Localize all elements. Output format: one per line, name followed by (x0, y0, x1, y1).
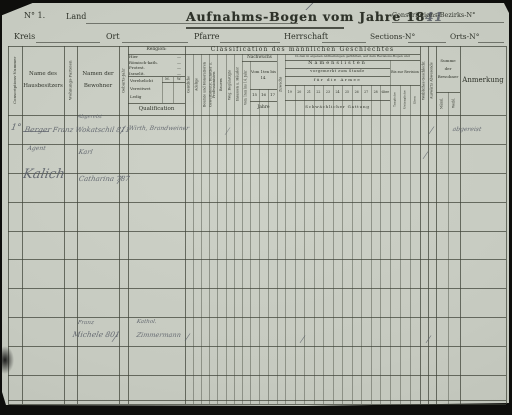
grid-line (448, 92, 449, 404)
grid-line (277, 54, 278, 404)
dienst-side-ehen: Ehen (410, 85, 420, 115)
hw-note-row1: Abgereist (77, 115, 102, 120)
grid-line (242, 54, 243, 404)
hw-resident-row3: Catharina 787 (78, 176, 130, 183)
herrschaft-label: Herrschaft (284, 33, 328, 42)
grid-line (8, 288, 506, 289)
dienst-bottom: Schwächlicher Gattung (285, 100, 390, 115)
grid-line (8, 259, 506, 260)
grid-line (209, 54, 210, 404)
class-col-bauern: Bauern (217, 54, 226, 115)
grid-line (285, 100, 390, 101)
dienst-side-untaugliche: Untaugliche (400, 85, 410, 115)
sections-label: Sections-N° (370, 33, 415, 41)
year-cell: 24 (333, 85, 343, 100)
col-besitzer: Name des Hausbesitzers (22, 46, 64, 115)
grid-line (250, 89, 277, 90)
nachwuchs-side: Vom 1ten bis 14. Jahr (242, 61, 250, 115)
grid-line (128, 54, 420, 55)
grid-line (285, 85, 420, 86)
grid-line (8, 375, 506, 376)
grid-line (390, 60, 391, 404)
tally-mark: ∕ (423, 152, 428, 161)
grid-line (410, 85, 411, 404)
stand-row: Ledig (130, 94, 162, 102)
dienst-line3: vorgemerkt zum Stande (285, 68, 390, 76)
dienst-line2: Namenslisten (285, 60, 390, 68)
religion-title: Religion: (128, 47, 185, 54)
grid-line (400, 85, 401, 404)
col-bewohner: Namen der Bewohner (77, 46, 119, 115)
ort-rule (122, 42, 188, 43)
grid-line (185, 46, 186, 404)
dienst-side-title: Bis zur Revision (390, 60, 420, 85)
hw-resident-row2: Karl (78, 149, 93, 156)
summe-maennlich: Männl. (436, 92, 448, 115)
age-cell: 16 (259, 89, 268, 101)
stand-rows: Verehelicht Verwitwet Ledig (130, 78, 162, 103)
summe-title: Summe der Bewohner (436, 46, 460, 92)
pfarre-rule (220, 42, 280, 43)
year-cell: über (380, 85, 390, 100)
herrschaft-rule (322, 42, 366, 43)
grid-line (8, 231, 506, 232)
grid-line (128, 76, 185, 77)
grid-line (8, 144, 506, 145)
grid-line (285, 60, 420, 61)
grid-line (226, 54, 227, 404)
grid-line (304, 85, 305, 404)
grid-line (250, 101, 277, 102)
nachwuchs-unit: Jahre (250, 101, 277, 115)
orts-label: Orts-N° (450, 33, 479, 41)
nachwuchs-ages: 15 16 17 (250, 89, 277, 101)
bezirk-rule (392, 22, 504, 23)
stand-row: Verehelicht (130, 78, 162, 86)
grid-line (234, 54, 235, 404)
grid-line (64, 46, 65, 404)
ort-label: Ort (106, 33, 120, 42)
grid-line (506, 46, 507, 404)
hw-owner-row1: Berger (24, 126, 52, 134)
grid-line (128, 46, 129, 404)
grid-line (361, 85, 362, 404)
dienst-years: 19 20 21 22 23 24 25 26 27 28 über (285, 85, 390, 100)
stand-row: Verwitwet (130, 86, 162, 94)
hw-qual-row8-line2: Zimmermann (136, 332, 181, 339)
hw-anmerkung-row1: abgereist (452, 127, 482, 133)
title-underline (186, 27, 344, 29)
grid-line (436, 92, 460, 93)
tally-mark: ∕ (112, 334, 117, 344)
class-col-beguenstigte: Weg. Begünstigte (226, 54, 234, 115)
grid-line (242, 61, 277, 62)
age-cell: 15 (250, 89, 259, 101)
tally-mark: ∕ (225, 128, 230, 137)
grid-line (436, 46, 437, 404)
year-cell: 25 (342, 85, 352, 100)
kreis-rule (36, 42, 100, 43)
grid-line (77, 46, 78, 404)
col-abwesend: Auswärts Abwesende (428, 46, 436, 115)
hw-qual-row1: Wirth, Brandweiner (128, 126, 189, 132)
land-label: Land (66, 13, 86, 22)
class-col-gewerbsleute: Gewerbsleute, Künstler u. Professioniste… (209, 54, 217, 115)
dienst-line4: für die Armee (285, 76, 390, 85)
tally-mark: ∕ (185, 334, 190, 343)
col-haus-nr: Conscriptions-Nummer (8, 46, 22, 115)
hw-qual-row8-line1: Kathol. (136, 320, 157, 326)
grid-line (8, 404, 506, 405)
year-cell: 21 (304, 85, 314, 100)
nachwuchs-main: Vom 1ten bis 14. (250, 61, 277, 89)
zuwachs-col: Zuwachs (277, 54, 285, 115)
grid-line (8, 317, 506, 318)
grid-line (193, 54, 194, 404)
class-col-adelige: Adelige (193, 54, 201, 115)
grid-line (173, 77, 174, 103)
grid-line (333, 85, 334, 404)
year-cell: 19 (285, 85, 295, 100)
grid-line (22, 46, 23, 404)
col-parteien: Wohnungs-Parteien (64, 46, 77, 115)
form-content: N° 1. Land Aufnahms-Bogen vom Jahre 1841… (0, 0, 512, 415)
qualification-label: Qualification (128, 103, 185, 115)
grid-line (8, 400, 506, 401)
grid-line (420, 46, 421, 404)
scan-edge-top (0, 0, 512, 3)
grid-line (128, 103, 185, 104)
grid-line (162, 77, 163, 103)
tally-mark: ∕ (429, 127, 434, 136)
hw-house-number: 1° (10, 124, 22, 133)
pfarre-label: Pfarre (194, 33, 220, 42)
grid-line (314, 85, 315, 404)
year-cell: 23 (323, 85, 333, 100)
class-col-haeusler: Insassen u. Häusler (234, 54, 242, 115)
grid-line (259, 89, 260, 404)
col-geburtsjahr: Geburts-Jahr (119, 46, 128, 115)
grid-line (380, 85, 381, 404)
col-weiblich: Weibliches Geschlecht (420, 46, 428, 115)
grid-line (8, 173, 506, 174)
grid-line (285, 54, 286, 404)
religion-rows: Hier— Römisch-kath.— Protest.— Israelit.… (129, 54, 181, 76)
grid-line (201, 54, 202, 404)
grid-line (285, 76, 390, 77)
year-cell: 22 (314, 85, 324, 100)
grid-line (8, 346, 506, 347)
anmerkung-label: Anmerkung (460, 46, 506, 115)
grid-line (323, 85, 324, 404)
grid-line (8, 202, 506, 203)
class-col-geistliche: Geistliche (185, 54, 193, 115)
hw-resident-row1: Franz Wokatschil 811 (52, 127, 130, 134)
nachwuchs-title: Nachwuchs (242, 54, 277, 61)
scan-edge-bottom (0, 406, 512, 415)
hw-resident-row8-line1: Franz (77, 321, 94, 327)
strike-mark (23, 131, 49, 132)
grid-line (8, 46, 506, 47)
grid-line (162, 82, 185, 83)
grid-line (352, 85, 353, 404)
orts-rule (478, 42, 504, 43)
scan-blemish (0, 346, 14, 374)
dienst-side-taugliche: Taugliche (390, 85, 400, 115)
class-col-beamte: Beamte und Honoratioren (201, 54, 209, 115)
year-cell: 27 (361, 85, 371, 100)
sheet-number: N° 1. (24, 12, 45, 21)
tally-mark: ∕ (426, 336, 431, 345)
grid-line (342, 85, 343, 404)
grid-line (250, 61, 251, 404)
kreis-label: Kreis (14, 33, 35, 42)
grid-line (460, 46, 461, 404)
hw-owner-row3: Kalich (22, 168, 66, 181)
year-cell: 26 (352, 85, 362, 100)
grid-line (119, 46, 120, 404)
grid-line (295, 85, 296, 404)
grid-line (268, 89, 269, 404)
grid-line (371, 85, 372, 404)
grid-line (217, 54, 218, 404)
grid-line (285, 68, 390, 69)
grid-line (428, 46, 429, 404)
summe-weiblich: Weibl. (448, 92, 460, 115)
classification-title: Classification des männlichen Geschlecht… (185, 46, 420, 54)
age-cell: 17 (268, 89, 277, 101)
sections-rule (408, 42, 446, 43)
bezirk-label: Conscriptions-Bezirks-N° (392, 12, 475, 19)
hw-owner-row2: Agent (27, 146, 46, 152)
